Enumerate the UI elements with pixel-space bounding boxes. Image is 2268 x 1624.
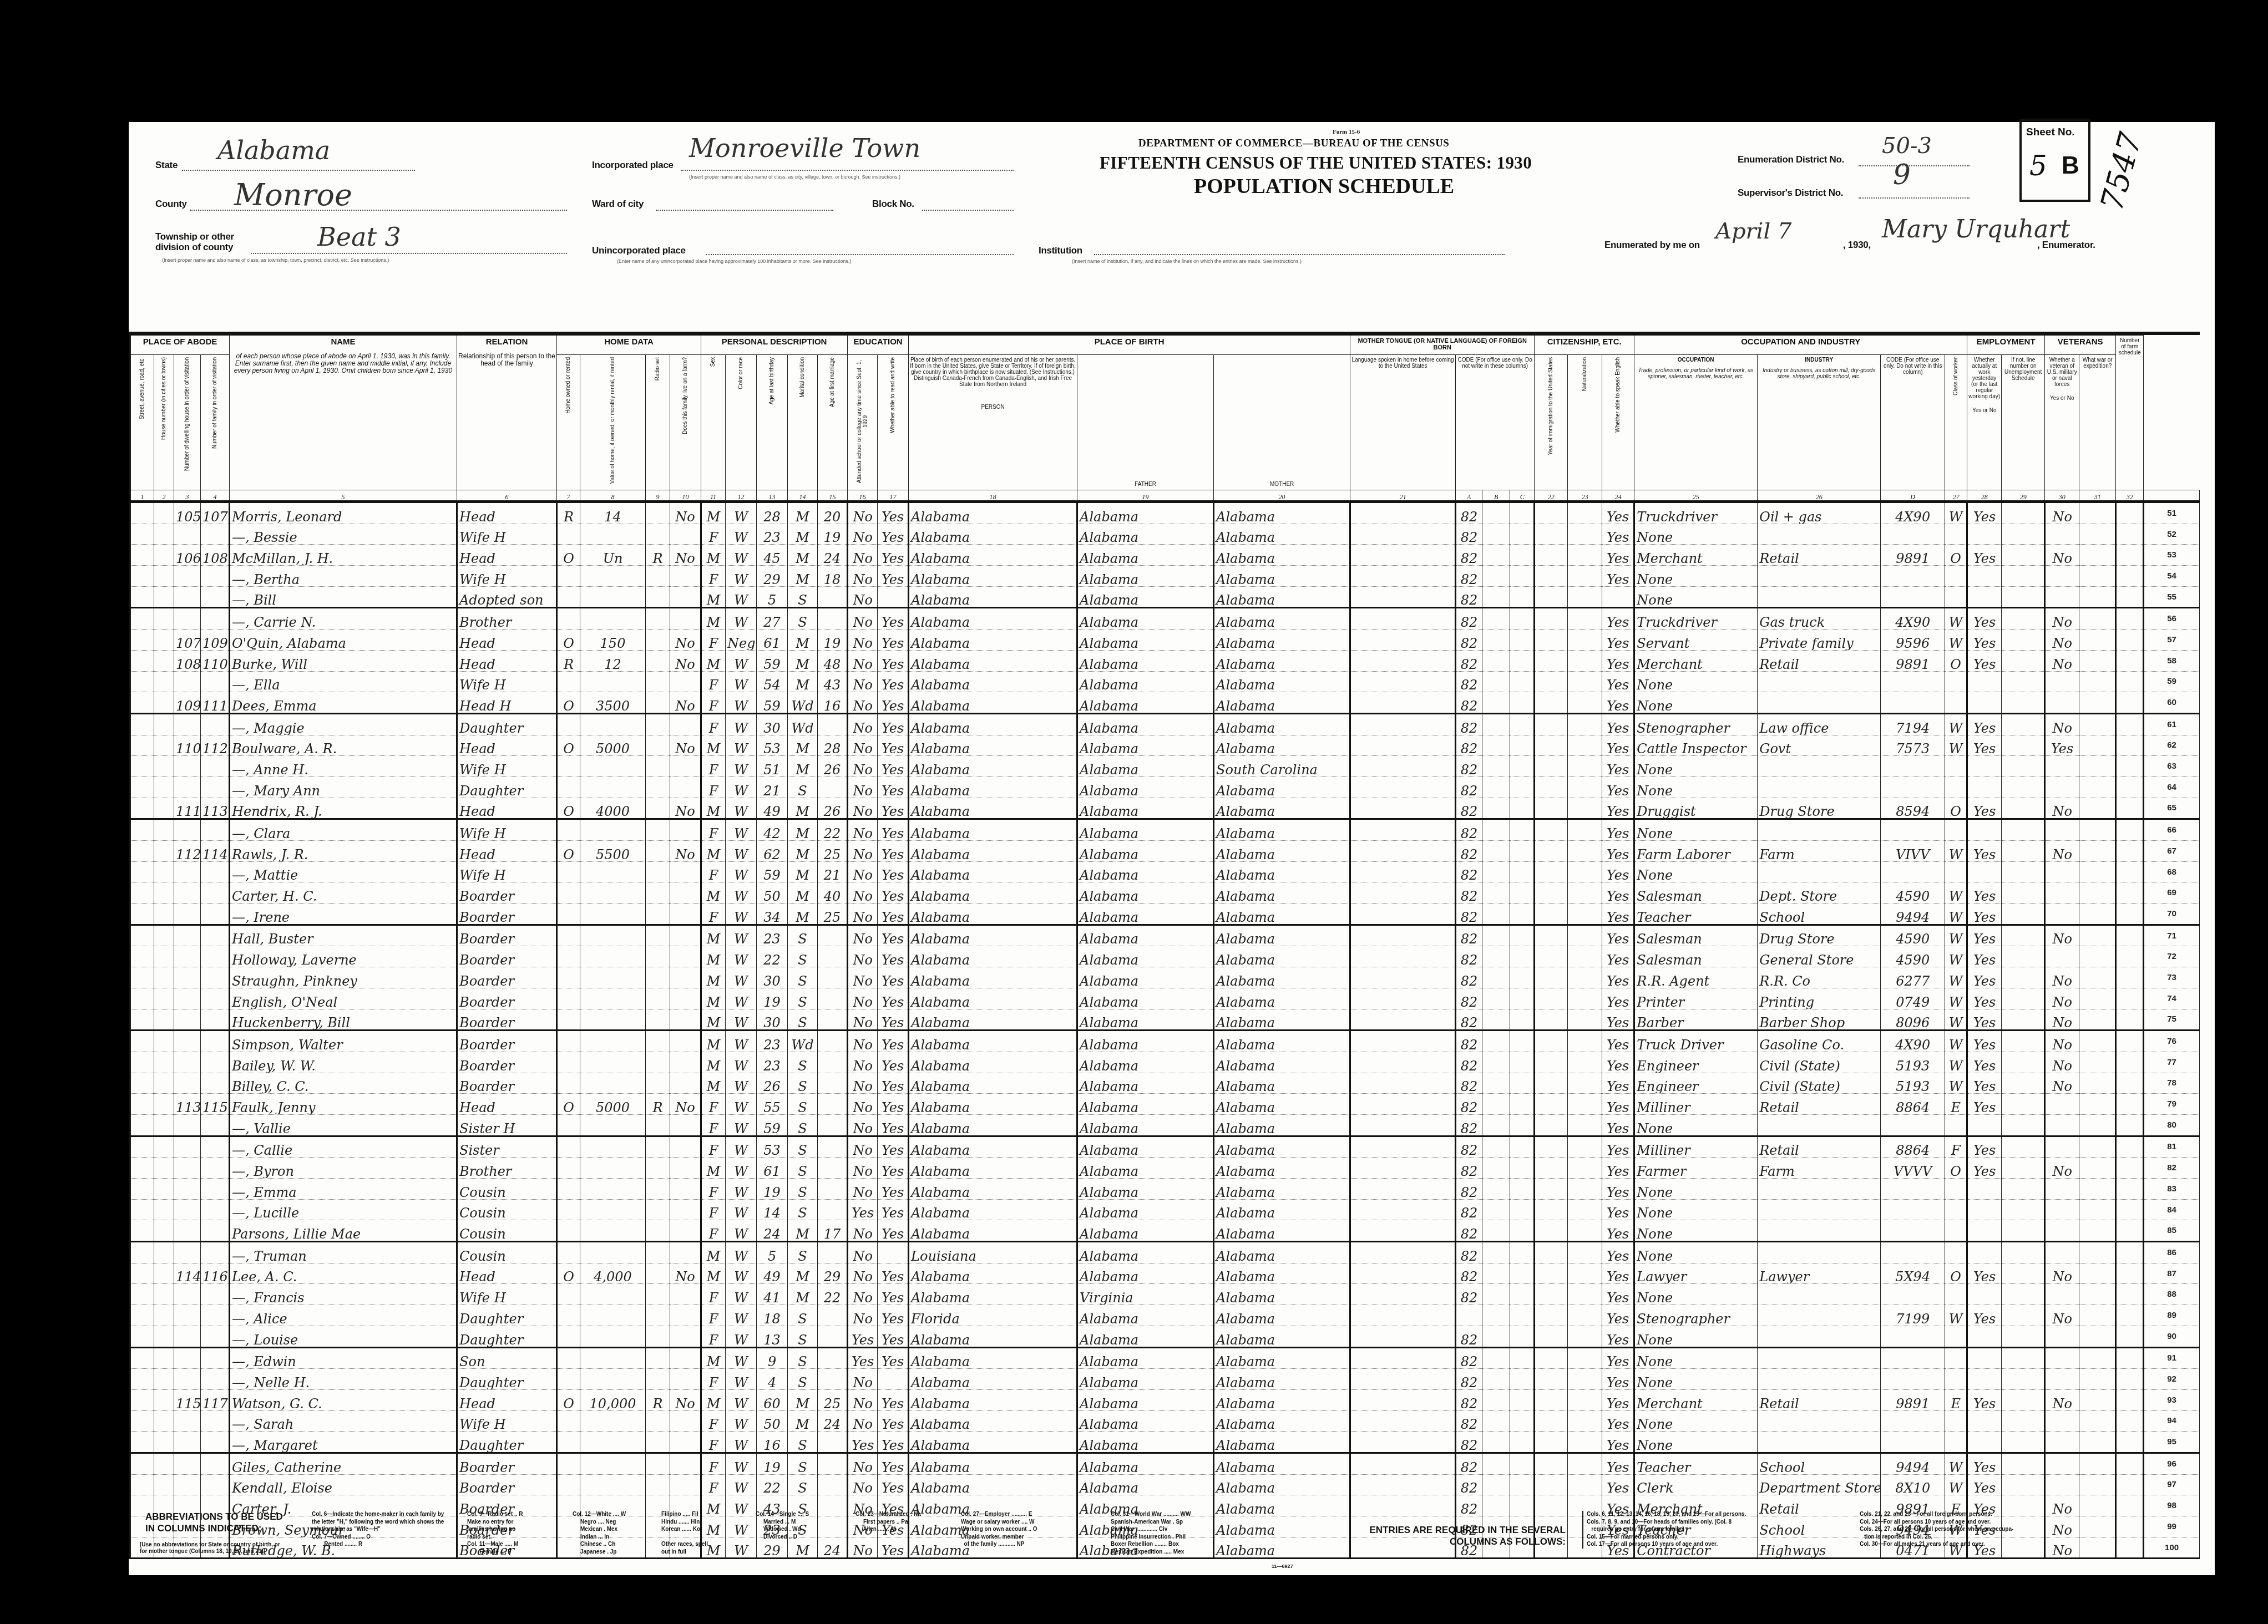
sex-cell: M — [701, 608, 726, 630]
occupation-cell: None — [1634, 1199, 1758, 1220]
occupation-code-cell — [1881, 1347, 1945, 1369]
birth-person-cell: Alabama — [909, 841, 1077, 862]
occupation-code-cell — [1881, 1369, 1945, 1390]
school-cell: No — [848, 1009, 878, 1031]
radio-cell — [646, 1305, 670, 1326]
owned-rented-cell: O — [557, 1389, 580, 1410]
sex-cell: M — [701, 988, 726, 1009]
english-cell: Yes — [1602, 1052, 1634, 1073]
table-row: Simpson, WalterBoarderMW23WdNoYesAlabama… — [131, 1031, 2200, 1052]
line-number: 77 — [2144, 1052, 2200, 1073]
birth-father-cell: Alabama — [1077, 1158, 1214, 1179]
column-number: 18 — [909, 490, 1077, 502]
sheet-number-box: Sheet No. 5 B — [2019, 119, 2090, 202]
naturalization-cell — [1568, 861, 1602, 882]
owned-rented-cell — [557, 904, 580, 925]
age-married-cell: 28 — [818, 735, 848, 756]
industry-cell: Gasoline Co. — [1758, 1031, 1881, 1052]
birth-father-cell: Alabama — [1077, 1410, 1214, 1432]
street-cell — [131, 1199, 154, 1220]
street-cell — [131, 1094, 154, 1115]
house-number-cell — [154, 1410, 174, 1432]
dwelling-number-cell — [174, 1326, 201, 1347]
abbrev-col12: Col. 12—White .... W Negro .... Neg Mexi… — [573, 1511, 626, 1556]
marital-cell: M — [788, 798, 818, 819]
race-cell: W — [726, 1073, 757, 1094]
street-cell — [131, 1263, 154, 1284]
read-write-cell: Yes — [878, 967, 909, 988]
age-cell: 30 — [757, 713, 788, 735]
farm-cell — [670, 1474, 701, 1495]
home-value-cell — [580, 566, 646, 587]
farm-schedule-cell — [2116, 713, 2144, 735]
naturalization-cell — [1568, 1136, 1602, 1158]
code-c-cell — [1510, 1242, 1535, 1263]
marital-cell: M — [788, 819, 818, 841]
township-value: Beat 3 — [317, 222, 401, 252]
column-number: 15 — [818, 490, 848, 502]
sex-cell: F — [701, 671, 726, 692]
relation-cell: Boarder — [457, 904, 557, 925]
line-number: 69 — [2144, 882, 2200, 904]
marital-cell: M — [788, 545, 818, 566]
language-cell — [1350, 1474, 1456, 1495]
birth-father-cell: Alabama — [1077, 1369, 1214, 1390]
class-of-worker-cell — [1945, 1220, 1967, 1242]
relation-cell: Boarder — [457, 1073, 557, 1094]
table-row: 111113Hendrix, R. J.HeadO4000NoMW49M26No… — [131, 798, 2200, 819]
abbrev-col9: Col. 9—Radio set .. R Make no entry for … — [467, 1511, 523, 1556]
farm-cell — [670, 1114, 701, 1136]
race-cell: W — [726, 1369, 757, 1390]
class-of-worker-cell: O — [1945, 650, 1967, 671]
institution-label: Institution — [1039, 245, 1082, 256]
read-write-cell: Yes — [878, 735, 909, 756]
name-cell: Billey, C. C. — [230, 1073, 457, 1094]
marital-cell: S — [788, 1347, 818, 1369]
line-number: 86 — [2144, 1242, 2200, 1263]
naturalization-cell — [1568, 1284, 1602, 1305]
age-cell: 19 — [757, 988, 788, 1009]
column-number: 29 — [2002, 490, 2045, 502]
veteran-cell: No — [2045, 1031, 2079, 1052]
name-cell: Boulware, A. R. — [230, 735, 457, 756]
age-cell: 19 — [757, 1453, 788, 1474]
race-cell: W — [726, 692, 757, 714]
code-b-cell — [1482, 630, 1510, 651]
dwelling-number-cell — [174, 1432, 201, 1453]
unincorporated-label: Unincorporated place — [592, 245, 686, 256]
radio-cell — [646, 798, 670, 819]
column-race: Color or race — [726, 355, 757, 490]
language-cell — [1350, 650, 1456, 671]
age-cell: 49 — [757, 1263, 788, 1284]
radio-cell — [646, 1369, 670, 1390]
code-a-cell: 82 — [1456, 1220, 1482, 1242]
at-work-cell: Yes — [1967, 608, 2002, 630]
dwelling-number-cell — [174, 1453, 201, 1474]
code-c-cell — [1510, 1474, 1535, 1495]
industry-cell: School — [1758, 1453, 1881, 1474]
age-married-cell — [818, 1052, 848, 1073]
age-cell: 59 — [757, 861, 788, 882]
radio-cell — [646, 1474, 670, 1495]
what-war-cell — [2079, 1369, 2116, 1390]
industry-cell: Farm — [1758, 841, 1881, 862]
read-write-cell: Yes — [878, 692, 909, 714]
birth-mother-cell: Alabama — [1214, 1305, 1350, 1326]
what-war-cell — [2079, 630, 2116, 651]
relation-cell: Head — [457, 1094, 557, 1115]
english-cell: Yes — [1602, 692, 1634, 714]
unemployment-line-cell — [2002, 1326, 2045, 1347]
owned-rented-cell: R — [557, 650, 580, 671]
naturalization-cell — [1568, 988, 1602, 1009]
sex-cell: M — [701, 925, 726, 946]
stamp-number: 7547 — [2094, 129, 2149, 214]
column-number: C — [1510, 490, 1535, 502]
school-cell: Yes — [848, 1326, 878, 1347]
dwelling-number-cell — [174, 925, 201, 946]
column-family-number: Number of family in order of visitation — [201, 355, 230, 490]
birth-father-cell: Alabama — [1077, 1114, 1214, 1136]
unemployment-line-cell — [2002, 524, 2045, 545]
house-number-cell — [154, 1179, 174, 1200]
language-cell — [1350, 1009, 1456, 1031]
column-number: 4 — [201, 490, 230, 502]
immigration-cell — [1535, 1220, 1568, 1242]
birth-mother-cell: Alabama — [1214, 1073, 1350, 1094]
table-row: Parsons, Lillie MaeCousinFW24M17NoYesAla… — [131, 1220, 2200, 1242]
dwelling-number-cell: 105 — [174, 502, 201, 524]
code-b-cell — [1482, 1031, 1510, 1052]
code-c-cell — [1510, 1031, 1535, 1052]
enumerator-label: , Enumerator. — [2037, 240, 2095, 251]
entries-required-list-1: Cols. 6, 11, 12, 13, 14, 16, 18, 19, 20,… — [1582, 1511, 1746, 1549]
naturalization-cell — [1568, 524, 1602, 545]
age-cell: 54 — [757, 671, 788, 692]
code-b-cell — [1482, 1179, 1510, 1200]
column-birth-person: Place of birth of each person enumerated… — [909, 355, 1077, 490]
column-home-value: Value of home, if owned, or monthly rent… — [580, 355, 646, 490]
birth-mother-cell: Alabama — [1214, 1453, 1350, 1474]
code-a-cell: 82 — [1456, 692, 1482, 714]
code-b-cell — [1482, 988, 1510, 1009]
english-cell: Yes — [1602, 1179, 1634, 1200]
house-number-cell — [154, 650, 174, 671]
language-cell — [1350, 1114, 1456, 1136]
birth-person-cell: Alabama — [909, 650, 1077, 671]
race-cell: W — [726, 1220, 757, 1242]
home-value-cell — [580, 988, 646, 1009]
occupation-code-cell: 9891 — [1881, 545, 1945, 566]
school-cell: No — [848, 1158, 878, 1179]
incorporated-line — [681, 170, 1014, 171]
at-work-cell: Yes — [1967, 1009, 2002, 1031]
column-number: 13 — [757, 490, 788, 502]
school-cell: Yes — [848, 1347, 878, 1369]
name-cell: —, Byron — [230, 1158, 457, 1179]
home-value-cell — [580, 1199, 646, 1220]
farm-cell — [670, 819, 701, 841]
name-cell: —, Bessie — [230, 524, 457, 545]
sex-cell: M — [701, 545, 726, 566]
house-number-cell — [154, 819, 174, 841]
naturalization-cell — [1568, 502, 1602, 524]
abbrev-col23: Col. 23—Naturalized . Na First papers ..… — [855, 1511, 921, 1534]
relation-cell: Head — [457, 735, 557, 756]
code-c-cell — [1510, 1263, 1535, 1284]
code-c-cell — [1510, 756, 1535, 777]
language-cell — [1350, 524, 1456, 545]
sex-cell: F — [701, 524, 726, 545]
at-work-cell — [1967, 566, 2002, 587]
school-cell: No — [848, 1179, 878, 1200]
farm-schedule-cell — [2116, 586, 2144, 608]
age-married-cell: 24 — [818, 1410, 848, 1432]
radio-cell — [646, 735, 670, 756]
home-value-cell: 5000 — [580, 1094, 646, 1115]
house-number-cell — [154, 1474, 174, 1495]
birth-father-cell: Alabama — [1077, 692, 1214, 714]
code-b-cell — [1482, 946, 1510, 967]
english-cell: Yes — [1602, 1284, 1634, 1305]
school-cell: No — [848, 671, 878, 692]
line-number: 93 — [2144, 1389, 2200, 1410]
birth-mother-cell: Alabama — [1214, 1347, 1350, 1369]
age-married-cell: 25 — [818, 841, 848, 862]
birth-mother-cell: Alabama — [1214, 524, 1350, 545]
industry-cell — [1758, 1369, 1881, 1390]
code-b-cell — [1482, 586, 1510, 608]
what-war-cell — [2079, 1432, 2116, 1453]
immigration-cell — [1535, 1136, 1568, 1158]
unemployment-line-cell — [2002, 798, 2045, 819]
occupation-code-cell: 0749 — [1881, 988, 1945, 1009]
english-cell: Yes — [1602, 861, 1634, 882]
birth-father-cell: Alabama — [1077, 1136, 1214, 1158]
marital-cell: S — [788, 946, 818, 967]
line-number: 85 — [2144, 1220, 2200, 1242]
radio-cell — [646, 1179, 670, 1200]
name-cell: Burke, Will — [230, 650, 457, 671]
line-number: 66 — [2144, 819, 2200, 841]
race-cell: W — [726, 545, 757, 566]
column-number: 3 — [174, 490, 201, 502]
class-of-worker-cell: E — [1945, 1094, 1967, 1115]
table-row: Kendall, EloiseBoarderFW22SNoYesAlabamaA… — [131, 1474, 2200, 1495]
owned-rented-cell — [557, 1284, 580, 1305]
age-married-cell — [818, 1453, 848, 1474]
home-value-cell — [580, 1347, 646, 1369]
column-number: 9 — [646, 490, 670, 502]
dwelling-number-cell — [174, 566, 201, 587]
unemployment-line-cell — [2002, 713, 2045, 735]
owned-rented-cell — [557, 1242, 580, 1263]
table-row: Carter, H. C.BoarderMW50M40NoYesAlabamaA… — [131, 882, 2200, 904]
code-a-cell: 82 — [1456, 502, 1482, 524]
birth-person-cell: Alabama — [909, 1389, 1077, 1410]
sex-cell: F — [701, 777, 726, 798]
line-number: 75 — [2144, 1009, 2200, 1031]
column-number: 14 — [788, 490, 818, 502]
unemployment-line-cell — [2002, 882, 2045, 904]
relation-cell: Daughter — [457, 1369, 557, 1390]
birth-person-cell: Alabama — [909, 1136, 1077, 1158]
veteran-cell: No — [2045, 713, 2079, 735]
language-cell — [1350, 904, 1456, 925]
unemployment-line-cell — [2002, 1474, 2045, 1495]
occupation-cell: Druggist — [1634, 798, 1758, 819]
sex-cell: F — [701, 1199, 726, 1220]
what-war-cell — [2079, 586, 2116, 608]
code-b-cell — [1482, 1242, 1510, 1263]
read-write-cell: Yes — [878, 1179, 909, 1200]
birth-person-cell: Alabama — [909, 586, 1077, 608]
radio-cell — [646, 1347, 670, 1369]
age-married-cell — [818, 946, 848, 967]
owned-rented-cell: O — [557, 1094, 580, 1115]
radio-cell — [646, 777, 670, 798]
street-cell — [131, 1326, 154, 1347]
language-cell — [1350, 819, 1456, 841]
birth-mother-cell: Alabama — [1214, 608, 1350, 630]
relation-cell: Sister — [457, 1136, 557, 1158]
birth-mother-cell: Alabama — [1214, 819, 1350, 841]
class-of-worker-cell: O — [1945, 1263, 1967, 1284]
birth-father-cell: Alabama — [1077, 841, 1214, 862]
code-b-cell — [1482, 1347, 1510, 1369]
radio-cell — [646, 1009, 670, 1031]
birth-father-cell: Alabama — [1077, 608, 1214, 630]
radio-cell — [646, 586, 670, 608]
english-cell: Yes — [1602, 988, 1634, 1009]
age-married-cell: 21 — [818, 861, 848, 882]
birth-father-cell: Alabama — [1077, 1199, 1214, 1220]
age-married-cell — [818, 1474, 848, 1495]
line-number: 65 — [2144, 798, 2200, 819]
relation-cell: Wife H — [457, 1410, 557, 1432]
owned-rented-cell — [557, 1073, 580, 1094]
english-cell: Yes — [1602, 904, 1634, 925]
farm-schedule-cell — [2116, 1114, 2144, 1136]
owned-rented-cell — [557, 925, 580, 946]
read-write-cell — [878, 1369, 909, 1390]
code-a-cell: 82 — [1456, 841, 1482, 862]
farm-schedule-cell — [2116, 819, 2144, 841]
farm-cell — [670, 1326, 701, 1347]
naturalization-cell — [1568, 882, 1602, 904]
home-value-cell — [580, 861, 646, 882]
abbreviations-title: ABBREVIATIONS TO BE USED IN COLUMNS INDI… — [145, 1511, 290, 1535]
code-c-cell — [1510, 1389, 1535, 1410]
family-number-cell — [201, 1284, 230, 1305]
owned-rented-cell: O — [557, 630, 580, 651]
immigration-cell — [1535, 1410, 1568, 1432]
column-relation: RELATIONRelationship of this person to t… — [457, 336, 557, 490]
column-number: D — [1881, 490, 1945, 502]
veteran-cell — [2045, 566, 2079, 587]
birth-mother-cell: Alabama — [1214, 988, 1350, 1009]
occupation-cell: Printer — [1634, 988, 1758, 1009]
industry-cell: Drug Store — [1758, 925, 1881, 946]
birth-mother-cell: Alabama — [1214, 1326, 1350, 1347]
school-cell: No — [848, 988, 878, 1009]
code-a-cell: 82 — [1456, 524, 1482, 545]
unemployment-line-cell — [2002, 988, 2045, 1009]
read-write-cell: Yes — [878, 1031, 909, 1052]
code-b-cell — [1482, 1326, 1510, 1347]
age-cell: 21 — [757, 777, 788, 798]
line-number: 92 — [2144, 1369, 2200, 1390]
birth-mother-cell: Alabama — [1214, 1114, 1350, 1136]
school-cell: No — [848, 756, 878, 777]
family-number-cell — [201, 1220, 230, 1242]
language-cell — [1350, 1284, 1456, 1305]
language-cell — [1350, 608, 1456, 630]
relation-cell: Boarder — [457, 925, 557, 946]
read-write-cell: Yes — [878, 756, 909, 777]
table-row: —, AliceDaughterFW18SNoYesFloridaAlabama… — [131, 1305, 2200, 1326]
occupation-cell: None — [1634, 566, 1758, 587]
name-cell: Lee, A. C. — [230, 1263, 457, 1284]
english-cell: Yes — [1602, 1389, 1634, 1410]
at-work-cell — [1967, 1220, 2002, 1242]
farm-cell: No — [670, 1389, 701, 1410]
relation-cell: Head H — [457, 692, 557, 714]
dwelling-number-cell: 111 — [174, 798, 201, 819]
farm-cell — [670, 1136, 701, 1158]
age-cell: 53 — [757, 1136, 788, 1158]
street-cell — [131, 925, 154, 946]
relation-cell: Brother — [457, 1158, 557, 1179]
at-work-cell — [1967, 1410, 2002, 1432]
owned-rented-cell: O — [557, 692, 580, 714]
naturalization-cell — [1568, 671, 1602, 692]
radio-cell — [646, 1220, 670, 1242]
english-cell: Yes — [1602, 841, 1634, 862]
line-number: 88 — [2144, 1284, 2200, 1305]
immigration-cell — [1535, 1052, 1568, 1073]
language-cell — [1350, 1432, 1456, 1453]
table-row: —, ByronBrotherMW61SNoYesAlabamaAlabamaA… — [131, 1158, 2200, 1179]
birth-person-cell: Alabama — [909, 1158, 1077, 1179]
owned-rented-cell — [557, 1410, 580, 1432]
birth-father-cell: Alabama — [1077, 967, 1214, 988]
birth-person-cell: Alabama — [909, 925, 1077, 946]
sex-cell: F — [701, 819, 726, 841]
county-value: Monroe — [234, 177, 352, 212]
table-row: 114116Lee, A. C.HeadO4,000NoMW49M29NoYes… — [131, 1263, 2200, 1284]
code-b-cell — [1482, 819, 1510, 841]
house-number-cell — [154, 904, 174, 925]
township-note: (Insert proper name and also name of cla… — [162, 257, 389, 263]
street-cell — [131, 630, 154, 651]
house-number-cell — [154, 1158, 174, 1179]
immigration-cell — [1535, 1009, 1568, 1031]
birth-mother-cell: Alabama — [1214, 1179, 1350, 1200]
age-cell: 14 — [757, 1199, 788, 1220]
language-cell — [1350, 692, 1456, 714]
table-row: —, Nelle H.DaughterFW4SNoAlabamaAlabamaA… — [131, 1369, 2200, 1390]
age-cell: 55 — [757, 1094, 788, 1115]
what-war-cell — [2079, 1094, 2116, 1115]
english-cell: Yes — [1602, 502, 1634, 524]
age-married-cell — [818, 1073, 848, 1094]
age-married-cell — [818, 967, 848, 988]
owned-rented-cell — [557, 819, 580, 841]
birth-person-cell: Alabama — [909, 967, 1077, 988]
